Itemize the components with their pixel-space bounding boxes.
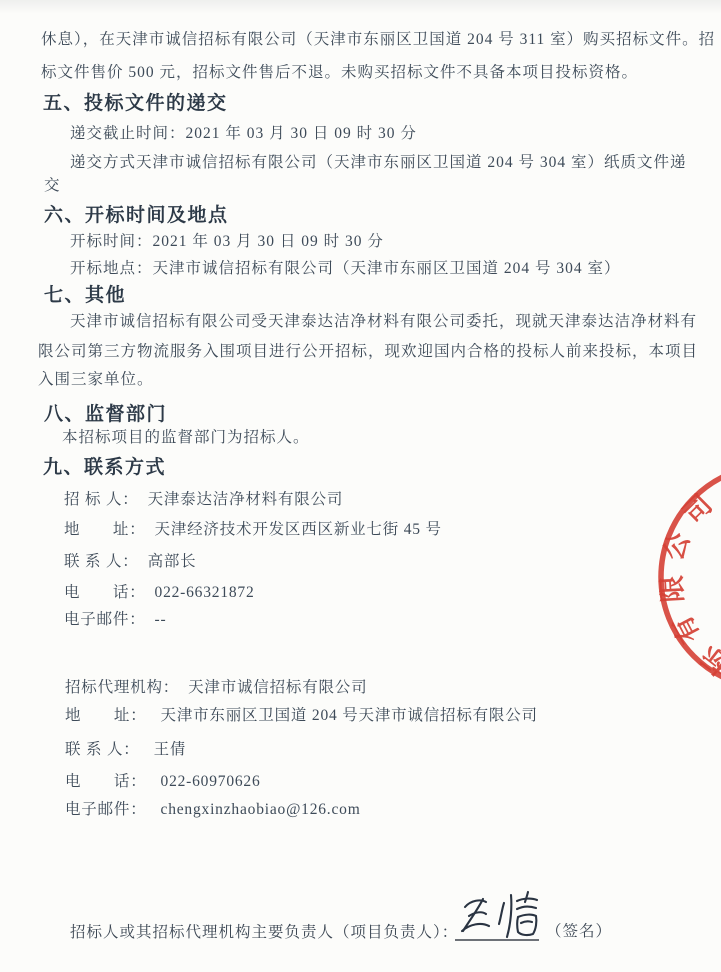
agency-contact-label: 联 系 人：	[65, 741, 140, 758]
agency-contact-value: 王倩	[154, 741, 187, 758]
agency-row-address: 地 址：天津市东丽区卫国道 204 号天津市诚信招标有限公司	[65, 703, 538, 725]
section-5-line-3: 交	[44, 173, 61, 195]
sign-note: （签名）	[546, 919, 612, 941]
agency-row-phone: 电 话：022-60970626	[65, 769, 261, 791]
tenderer-row-email: 电子邮件：--	[64, 607, 166, 629]
document-page: 休息），在天津市诚信招标有限公司（天津市东丽区卫国道 204 号 311 室）购…	[0, 0, 721, 972]
agency-row-email: 电子邮件：chengxinzhaobiao@126.com	[65, 797, 361, 819]
agency-row-name: 招标代理机构：天津市诚信招标有限公司	[65, 675, 367, 697]
tenderer-name-label: 招 标 人：	[64, 491, 139, 508]
responsible-person-label: 招标人或其招标代理机构主要负责人（项目负责人）：	[70, 920, 458, 942]
section-5-line-1: 递交截止时间：2021 年 03 月 30 日 09 时 30 分	[70, 121, 417, 143]
section-7-heading: 七、其他	[44, 280, 126, 307]
section-8-heading: 八、监督部门	[44, 399, 167, 426]
section-8-line-1: 本招标项目的监督部门为招标人。	[62, 425, 310, 447]
tenderer-phone-value: 022-66321872	[155, 584, 255, 601]
tenderer-email-value: --	[155, 611, 167, 628]
agency-name-label: 招标代理机构：	[65, 679, 179, 696]
tenderer-contact-value: 高部长	[148, 553, 197, 570]
svg-text:天津市诚信招标有限公司: 天津市诚信招标有限公司	[648, 475, 721, 702]
section-7-line-1: 天津市诚信招标有限公司受天津泰达洁净材料有限公司委托，现就天津泰达洁净材料有	[70, 309, 697, 331]
section-6-line-1: 开标时间：2021 年 03 月 30 日 09 时 30 分	[70, 229, 384, 251]
tenderer-row-phone: 电 话：022-66321872	[64, 580, 255, 602]
agency-name-value: 天津市诚信招标有限公司	[188, 679, 367, 696]
agency-email-value: chengxinzhaobiao@126.com	[161, 801, 361, 818]
signature-handwriting	[455, 890, 547, 942]
tenderer-address-label: 地 址：	[64, 521, 146, 538]
agency-address-label: 地 址：	[65, 707, 147, 724]
section-6-line-2: 开标地点：天津市诚信招标有限公司（天津市东丽区卫国道 204 号 304 室）	[70, 256, 621, 278]
tenderer-contact-label: 联 系 人：	[64, 553, 139, 570]
section-6-heading: 六、开标时间及地点	[44, 200, 229, 227]
tenderer-row-address: 地 址：天津经济技术开发区西区新业七街 45 号	[64, 517, 442, 539]
section-7-line-3: 入围三家单位。	[38, 367, 154, 389]
agency-phone-label: 电 话：	[65, 773, 147, 790]
tenderer-email-label: 电子邮件：	[64, 611, 146, 628]
tenderer-name-value: 天津泰达洁净材料有限公司	[148, 491, 344, 508]
section-7-line-2: 限公司第三方物流服务入围项目进行公开招标，现欢迎国内合格的投标人前来投标，本项目	[38, 339, 698, 361]
section-5-heading: 五、投标文件的递交	[43, 88, 228, 115]
signature-underline	[455, 939, 539, 941]
tenderer-row-name: 招 标 人：天津泰达洁净材料有限公司	[64, 487, 343, 509]
tenderer-phone-label: 电 话：	[64, 584, 146, 601]
tenderer-address-value: 天津经济技术开发区西区新业七街 45 号	[155, 521, 442, 538]
agency-address-value: 天津市东丽区卫国道 204 号天津市诚信招标有限公司	[161, 707, 538, 724]
agency-row-contact: 联 系 人：王倩	[65, 737, 186, 759]
agency-phone-value: 022-60970626	[161, 773, 261, 790]
section-5-line-2: 递交方式天津市诚信招标有限公司（天津市东丽区卫国道 204 号 304 室）纸质…	[70, 150, 687, 172]
tenderer-row-contact: 联 系 人：高部长	[64, 549, 196, 571]
seal-text: 天津市诚信招标有限公司	[648, 475, 721, 702]
company-seal: 天津市诚信招标有限公司	[648, 452, 721, 702]
section-9-heading: 九、联系方式	[43, 452, 166, 479]
intro-line-1: 休息），在天津市诚信招标有限公司（天津市东丽区卫国道 204 号 311 室）购…	[41, 27, 715, 49]
intro-line-2: 标文件售价 500 元，招标文件售后不退。未购买招标文件不具备本项目投标资格。	[41, 60, 638, 82]
agency-email-label: 电子邮件：	[65, 801, 147, 818]
